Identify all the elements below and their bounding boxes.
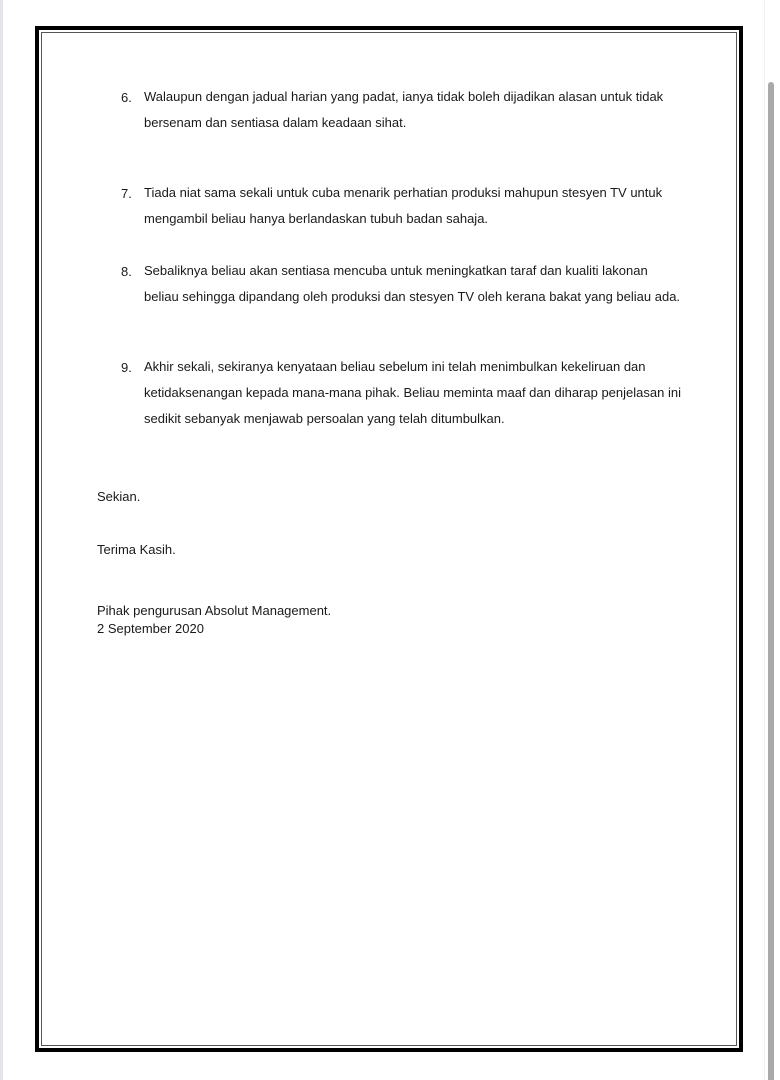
item-line: Sebaliknya beliau akan sentiasa mencuba … [144, 258, 704, 284]
item-number: 7. [121, 186, 132, 201]
item-text: Akhir sekali, sekiranya kenyataan beliau… [144, 354, 704, 432]
item-number: 6. [121, 90, 132, 105]
item-line: Akhir sekali, sekiranya kenyataan beliau… [144, 354, 704, 380]
item-line: bersenam dan sentiasa dalam keadaan siha… [144, 110, 704, 136]
scrollbar-thumb[interactable] [768, 82, 774, 1080]
closing-sekian: Sekian. [97, 488, 140, 506]
item-text: Sebaliknya beliau akan sentiasa mencuba … [144, 258, 704, 310]
item-line: ketidaksenangan kepada mana-mana pihak. … [144, 380, 704, 406]
document-viewer: 6. Walaupun dengan jadual harian yang pa… [0, 0, 780, 1080]
closing-thanks: Terima Kasih. [97, 541, 176, 559]
item-line: Tiada niat sama sekali untuk cuba menari… [144, 180, 704, 206]
item-line: sedikit sebanyak menjawab persoalan yang… [144, 406, 704, 432]
item-line: Walaupun dengan jadual harian yang padat… [144, 84, 704, 110]
item-line: mengambil beliau hanya berlandaskan tubu… [144, 206, 704, 232]
page-content: 6. Walaupun dengan jadual harian yang pa… [0, 0, 780, 1080]
item-line: beliau sehingga dipandang oleh produksi … [144, 284, 704, 310]
signatory: Pihak pengurusan Absolut Management. [97, 602, 331, 620]
item-number: 9. [121, 360, 132, 375]
document-date: 2 September 2020 [97, 620, 204, 638]
item-number: 8. [121, 264, 132, 279]
item-text: Walaupun dengan jadual harian yang padat… [144, 84, 704, 136]
item-text: Tiada niat sama sekali untuk cuba menari… [144, 180, 704, 232]
